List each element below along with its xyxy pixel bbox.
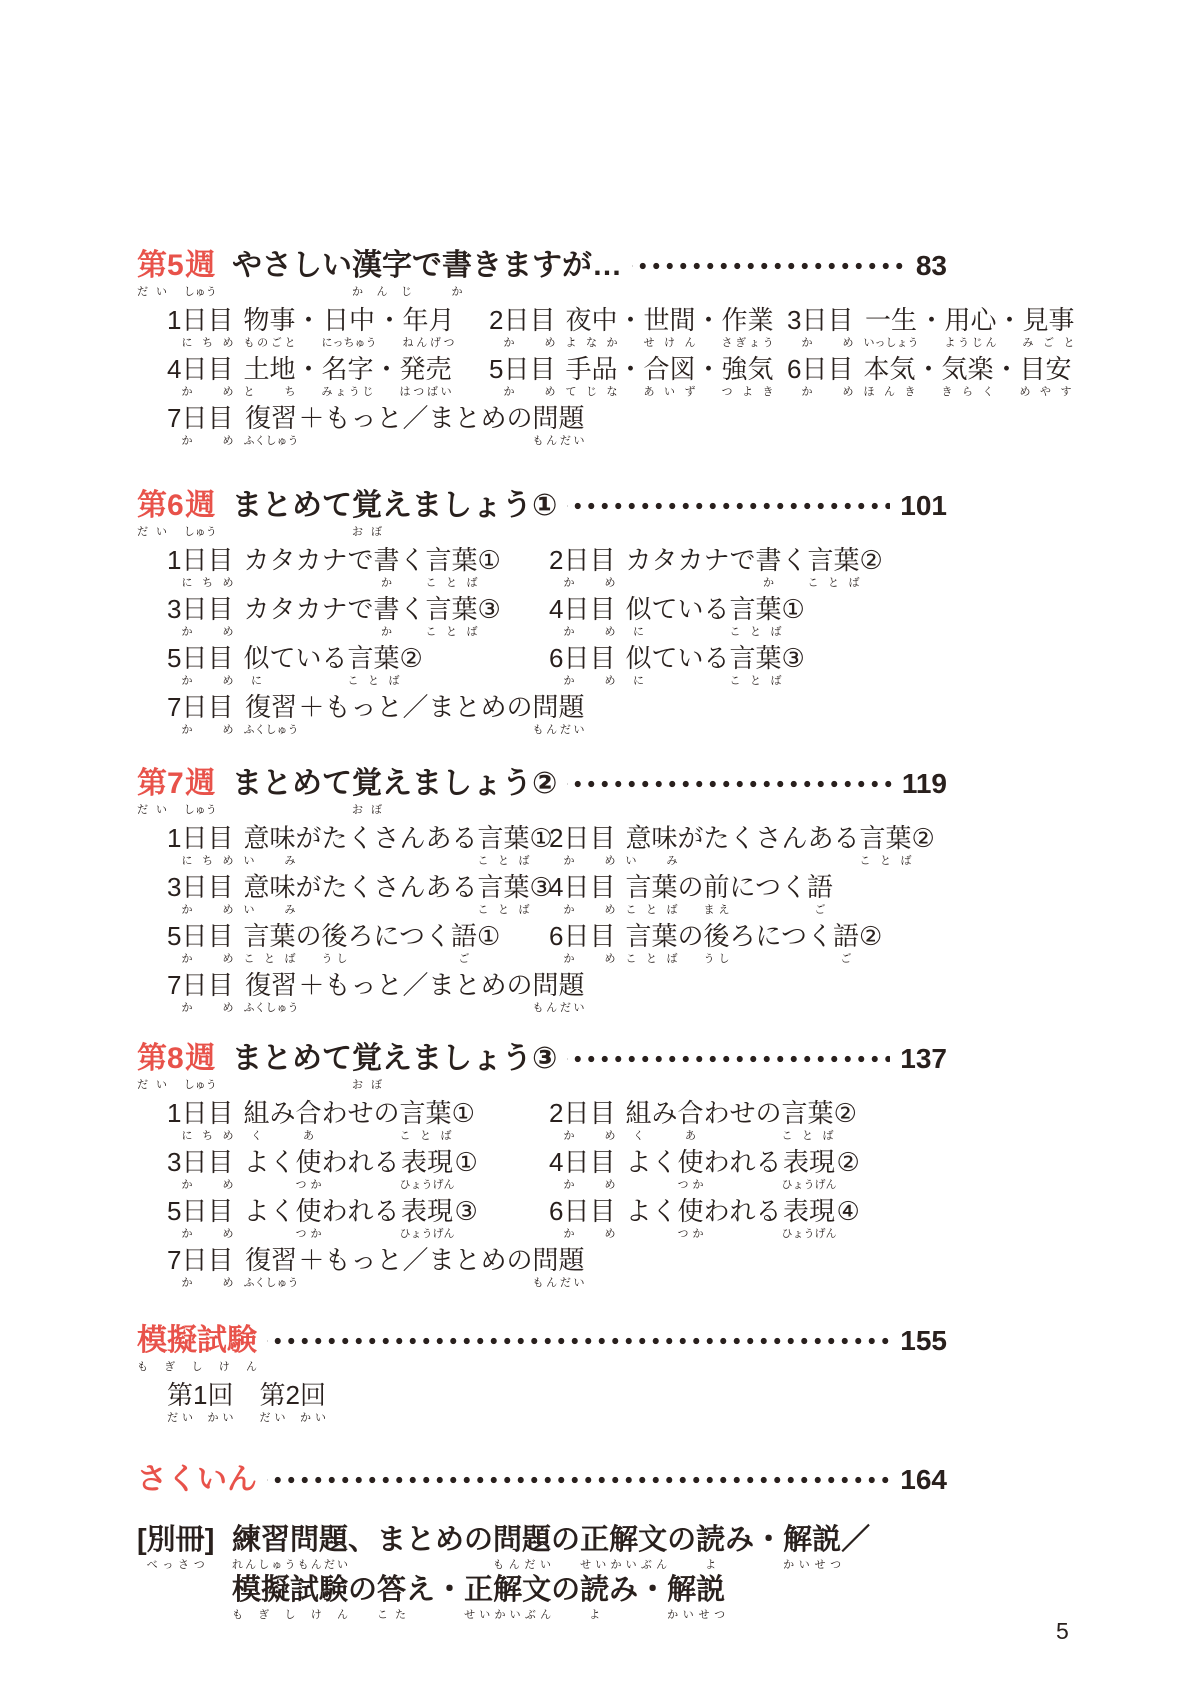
section-week-label: 第だい5週しゅう	[137, 248, 232, 299]
day-label: 4日目かめ	[549, 1147, 615, 1192]
day-label: 1日目にちめ	[167, 1098, 233, 1143]
section-page-number: 83	[916, 248, 947, 284]
section-title: まとめて覚おぼえましょう②	[232, 766, 557, 817]
section-day-rows: 1日目にちめ 組くみ合あわせの言葉ことば① 2日目かめ 組くみ合あわせの言葉こと…	[137, 1098, 947, 1290]
day-entry: 3日目かめ 一生いっしょう・用心ようじん・見事みごと	[787, 305, 1075, 350]
dotted-leader	[567, 766, 891, 802]
section-heading: 第だい8週しゅう まとめて覚おぼえましょう③ 137	[137, 1041, 947, 1092]
day-topic: 一生いっしょう・用心ようじん・見事みごと	[863, 305, 1074, 350]
day-topic: 組くみ合あわせの言葉ことば①	[243, 1098, 474, 1143]
section-heading: 模擬試験もぎしけん 155	[137, 1323, 947, 1374]
day-entry: 5日目かめ 似にている言葉ことば②	[167, 643, 549, 688]
day-label: 4日目かめ	[549, 594, 615, 639]
section-title: まとめて覚おぼえましょう①	[232, 488, 557, 539]
day-topic: よく使つかわれる表現ひょうげん①	[243, 1147, 477, 1192]
day-topic: 第だい1回かい 第だい2回かい	[167, 1380, 326, 1425]
section-index: さくいん 164	[137, 1462, 947, 1498]
day-label: 2日目かめ	[549, 545, 615, 590]
section-week6: 第だい6週しゅう まとめて覚おぼえましょう① 101 1日目にちめ カタカナで書…	[137, 488, 947, 737]
day-topic: 言葉ことばの前まえにつく語ご	[625, 872, 833, 917]
day-entry: 3日目かめ 意味いみがたくさんある言葉ことば③	[167, 872, 549, 917]
day-topic: 復習ふくしゅう＋もっと／まとめの問題もんだい	[243, 692, 584, 737]
day-topic: 似にている言葉ことば②	[243, 643, 422, 688]
day-entry: 6日目かめ 似にている言葉ことば③	[549, 643, 947, 688]
day-label: 1日目にちめ	[167, 545, 233, 590]
day-topic: 組くみ合あわせの言葉ことば②	[625, 1098, 856, 1143]
day-label: 1日目にちめ	[167, 823, 233, 868]
day-entry: 1日目にちめ 組くみ合あわせの言葉ことば①	[167, 1098, 549, 1143]
day-topic: 本気ほんき・気楽きらく・目安めやす	[863, 354, 1071, 399]
section-day-rows: 1日目にちめ 物事ものごと・日中にっちゅう・年月ねんげつ 2日目かめ 夜中よなか…	[137, 305, 947, 448]
day-topic: 意味いみがたくさんある言葉ことば③	[243, 872, 552, 917]
day-topic: 言葉ことばの後うしろにつく語ご①	[243, 921, 500, 966]
section-heading: 第だい7週しゅう まとめて覚おぼえましょう② 119	[137, 766, 947, 817]
appendix-label: [別冊べっさつ]	[137, 1524, 232, 1572]
section-page-number: 164	[900, 1462, 947, 1498]
section-title: やさしい漢字かんじで書かきますが…	[232, 248, 622, 299]
section-heading: さくいん 164	[137, 1462, 947, 1498]
day-topic: 似にている言葉ことば③	[625, 643, 804, 688]
day-topic: カタカナで書かく言葉ことば①	[243, 545, 500, 590]
section-week8: 第だい8週しゅう まとめて覚おぼえましょう③ 137 1日目にちめ 組くみ合あわ…	[137, 1041, 947, 1290]
dotted-leader	[267, 1323, 890, 1359]
day-entry: 1日目にちめ カタカナで書かく言葉ことば①	[167, 545, 549, 590]
day-entry: 4日目かめ 土地とち・名字みょうじ・発売はつばい	[167, 354, 489, 399]
page-folio: 5	[1056, 1618, 1069, 1645]
appendix-line-1: 練習問題れんしゅうもんだい、まとめの問題もんだいの正解文せいかいぶんの読よみ・解…	[232, 1524, 870, 1572]
day-entry: 3日目かめ よく使つかわれる表現ひょうげん①	[167, 1147, 549, 1192]
day-entry: 5日目かめ 手品てじな・合図あいず・強気つよき	[489, 354, 787, 399]
day-label: 2日目かめ	[549, 1098, 615, 1143]
appendix-lines: 練習問題れんしゅうもんだい、まとめの問題もんだいの正解文せいかいぶんの読よみ・解…	[232, 1524, 870, 1622]
day-entry: 4日目かめ 言葉ことばの前まえにつく語ご	[549, 872, 947, 917]
day-topic: よく使つかわれる表現ひょうげん②	[625, 1147, 859, 1192]
day-label: 5日目かめ	[489, 354, 555, 399]
day-label: 7日目かめ	[167, 1245, 233, 1290]
day-entry: 1日目にちめ 意味いみがたくさんある言葉ことば①	[167, 823, 549, 868]
appendix-line-2: 模擬試験もぎしけんの答こたえ・正解文せいかいぶんの読よみ・解説かいせつ	[232, 1574, 870, 1622]
section-page-number: 101	[900, 488, 947, 524]
day-topic: 物事ものごと・日中にっちゅう・年月ねんげつ	[243, 305, 454, 350]
dotted-leader	[632, 248, 906, 284]
dotted-leader	[267, 1462, 890, 1498]
day-label: 5日目かめ	[167, 1196, 233, 1241]
day-topic: 復習ふくしゅう＋もっと／まとめの問題もんだい	[243, 403, 584, 448]
day-label: 3日目かめ	[167, 1147, 233, 1192]
day-entry: 5日目かめ よく使つかわれる表現ひょうげん③	[167, 1196, 549, 1241]
day-entry: 5日目かめ 言葉ことばの後うしろにつく語ご①	[167, 921, 549, 966]
day-label: 2日目かめ	[489, 305, 555, 350]
day-entry: 2日目かめ 意味いみがたくさんある言葉ことば②	[549, 823, 947, 868]
section-week-label: 第だい8週しゅう	[137, 1041, 232, 1092]
section-heading: 第だい5週しゅう やさしい漢字かんじで書かきますが… 83	[137, 248, 947, 299]
dotted-leader	[567, 488, 890, 524]
toc-page: 第だい5週しゅう やさしい漢字かんじで書かきますが… 83 1日目にちめ 物事も…	[0, 0, 1200, 1693]
day-topic: 復習ふくしゅう＋もっと／まとめの問題もんだい	[243, 1245, 584, 1290]
day-entry: 6日目かめ 言葉ことばの後うしろにつく語ご②	[549, 921, 947, 966]
day-label: 7日目かめ	[167, 970, 233, 1015]
day-topic: カタカナで書かく言葉ことば③	[243, 594, 500, 639]
day-entry: 第だい1回かい 第だい2回かい	[167, 1380, 947, 1425]
section-mock: 模擬試験もぎしけん 155 第だい1回かい 第だい2回かい	[137, 1323, 947, 1425]
day-topic: 言葉ことばの後うしろにつく語ご②	[625, 921, 882, 966]
day-entry: 6日目かめ よく使つかわれる表現ひょうげん④	[549, 1196, 947, 1241]
appendix-section: [別冊べっさつ] 練習問題れんしゅうもんだい、まとめの問題もんだいの正解文せいか…	[137, 1524, 947, 1622]
day-entry: 4日目かめ よく使つかわれる表現ひょうげん②	[549, 1147, 947, 1192]
day-entry: 2日目かめ カタカナで書かく言葉ことば②	[549, 545, 947, 590]
day-topic: よく使つかわれる表現ひょうげん④	[625, 1196, 859, 1241]
section-week5: 第だい5週しゅう やさしい漢字かんじで書かきますが… 83 1日目にちめ 物事も…	[137, 248, 947, 448]
day-entry: 2日目かめ 組くみ合あわせの言葉ことば②	[549, 1098, 947, 1143]
day-label: 2日目かめ	[549, 823, 615, 868]
day-entry: 7日目かめ 復習ふくしゅう＋もっと／まとめの問題もんだい	[167, 970, 549, 1015]
day-entry: 6日目かめ 本気ほんき・気楽きらく・目安めやす	[787, 354, 1075, 399]
day-label: 1日目にちめ	[167, 305, 233, 350]
day-topic: 夜中よなか・世間せけん・作業さぎょう	[565, 305, 773, 350]
section-page-number: 119	[902, 766, 947, 802]
day-entry: 3日目かめ カタカナで書かく言葉ことば③	[167, 594, 549, 639]
section-week-label: 模擬試験もぎしけん	[137, 1323, 257, 1374]
day-label: 4日目かめ	[167, 354, 233, 399]
day-entry: 2日目かめ 夜中よなか・世間せけん・作業さぎょう	[489, 305, 787, 350]
day-entry: 7日目かめ 復習ふくしゅう＋もっと／まとめの問題もんだい	[167, 692, 549, 737]
day-label: 6日目かめ	[549, 921, 615, 966]
day-topic: 意味いみがたくさんある言葉ことば②	[625, 823, 934, 868]
section-heading: 第だい6週しゅう まとめて覚おぼえましょう① 101	[137, 488, 947, 539]
day-label: 7日目かめ	[167, 692, 233, 737]
day-entry: 4日目かめ 似にている言葉ことば①	[549, 594, 947, 639]
day-topic: よく使つかわれる表現ひょうげん③	[243, 1196, 477, 1241]
day-label: 6日目かめ	[549, 643, 615, 688]
day-label: 5日目かめ	[167, 921, 233, 966]
day-topic: 土地とち・名字みょうじ・発売はつばい	[243, 354, 451, 399]
day-label: 5日目かめ	[167, 643, 233, 688]
dotted-leader	[567, 1041, 890, 1077]
day-topic: 意味いみがたくさんある言葉ことば①	[243, 823, 552, 868]
day-label: 3日目かめ	[167, 594, 233, 639]
section-title: まとめて覚おぼえましょう③	[232, 1041, 557, 1092]
day-topic: 似にている言葉ことば①	[625, 594, 804, 639]
day-label: 3日目かめ	[787, 305, 853, 350]
section-week7: 第だい7週しゅう まとめて覚おぼえましょう② 119 1日目にちめ 意味いみがた…	[137, 766, 947, 1015]
section-day-rows: 1日目にちめ 意味いみがたくさんある言葉ことば① 2日目かめ 意味いみがたくさん…	[137, 823, 947, 1015]
day-entry: 7日目かめ 復習ふくしゅう＋もっと／まとめの問題もんだい	[167, 403, 489, 448]
section-page-number: 137	[900, 1041, 947, 1077]
toc-content: 第だい5週しゅう やさしい漢字かんじで書かきますが… 83 1日目にちめ 物事も…	[137, 0, 947, 1622]
section-week-label: 第だい6週しゅう	[137, 488, 232, 539]
section-week-label: 第だい7週しゅう	[137, 766, 232, 817]
section-day-rows: 第だい1回かい 第だい2回かい	[137, 1380, 947, 1425]
day-label: 4日目かめ	[549, 872, 615, 917]
day-entry: 1日目にちめ 物事ものごと・日中にっちゅう・年月ねんげつ	[167, 305, 489, 350]
day-label: 7日目かめ	[167, 403, 233, 448]
toc-sections: 第だい5週しゅう やさしい漢字かんじで書かきますが… 83 1日目にちめ 物事も…	[137, 248, 947, 1498]
day-topic: カタカナで書かく言葉ことば②	[625, 545, 882, 590]
day-topic: 復習ふくしゅう＋もっと／まとめの問題もんだい	[243, 970, 584, 1015]
day-label: 6日目かめ	[549, 1196, 615, 1241]
section-week-label: さくいん	[137, 1462, 257, 1498]
section-page-number: 155	[900, 1323, 947, 1359]
day-label: 3日目かめ	[167, 872, 233, 917]
section-day-rows: 1日目にちめ カタカナで書かく言葉ことば① 2日目かめ カタカナで書かく言葉こと…	[137, 545, 947, 737]
day-label: 6日目かめ	[787, 354, 853, 399]
day-topic: 手品てじな・合図あいず・強気つよき	[565, 354, 773, 399]
day-entry: 7日目かめ 復習ふくしゅう＋もっと／まとめの問題もんだい	[167, 1245, 549, 1290]
